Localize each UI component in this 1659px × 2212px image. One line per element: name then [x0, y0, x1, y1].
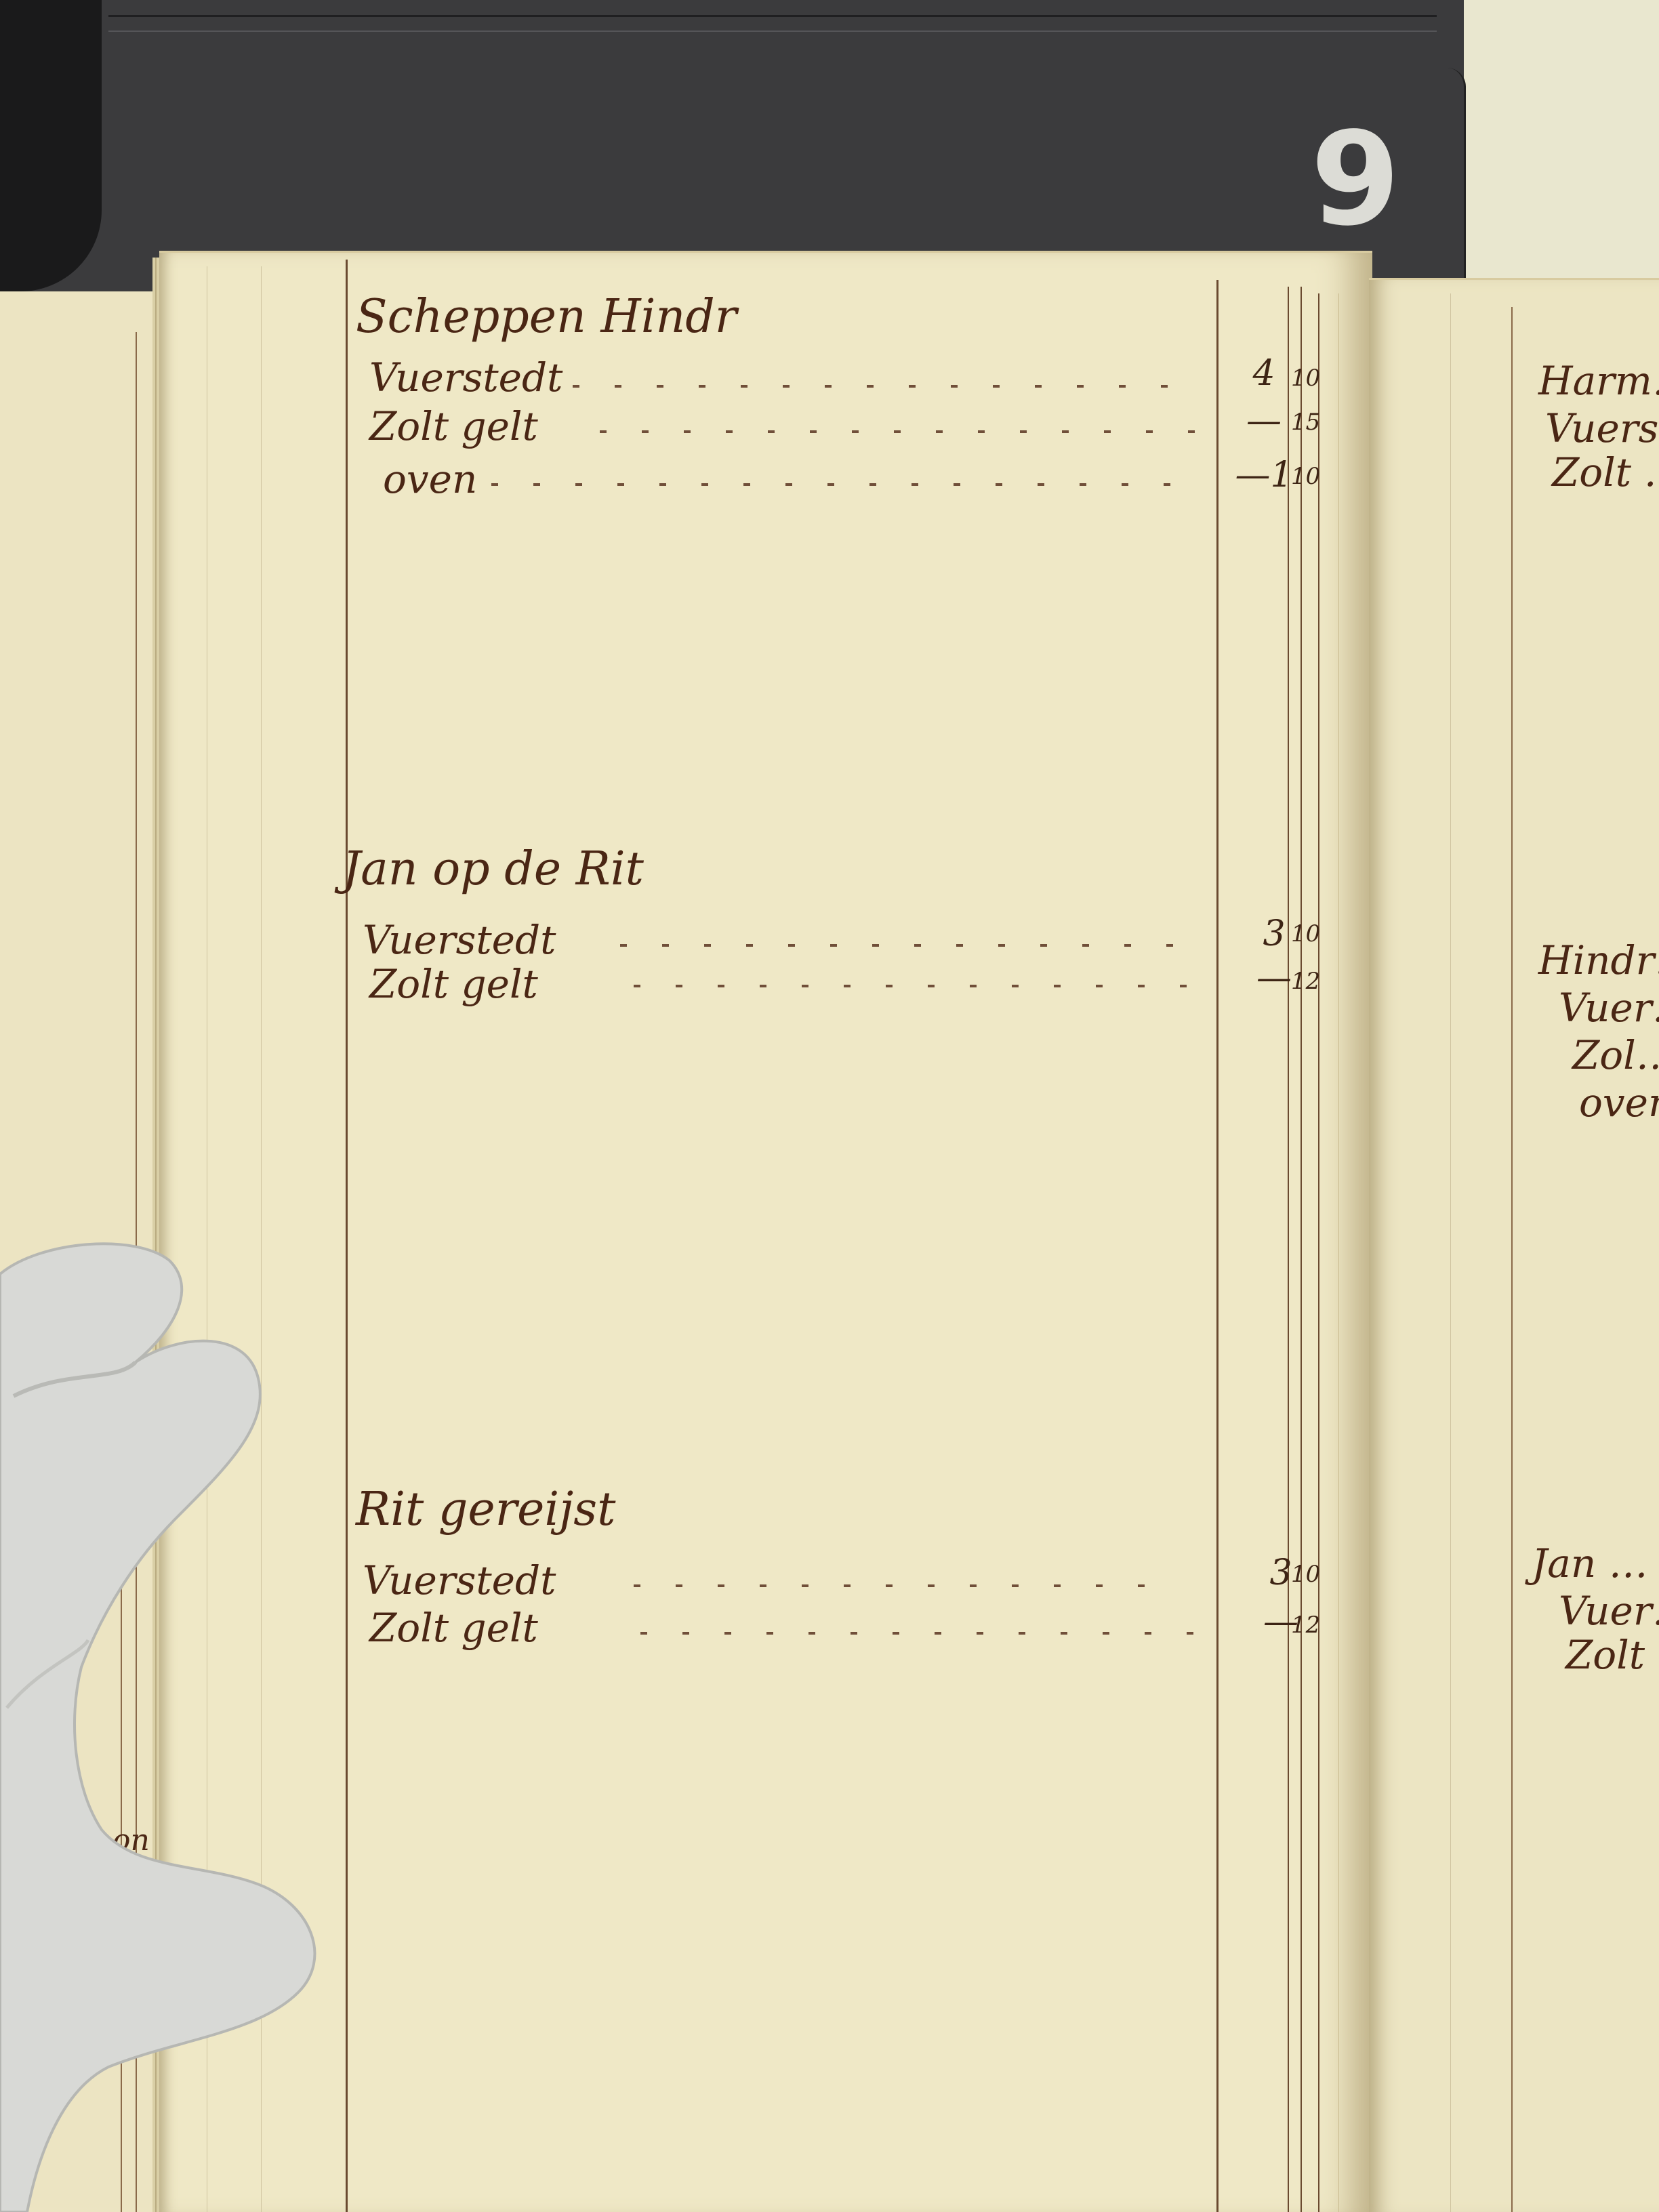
margin-rule	[1511, 307, 1513, 2212]
gloved-hand	[0, 1233, 325, 2212]
leader-dots	[620, 944, 1203, 947]
amount-stuivers: 15	[1291, 409, 1318, 436]
amount-column-rule	[1288, 287, 1289, 2212]
entry-heading-fragment: Jan …	[1532, 1540, 1648, 1586]
faint-rule	[1450, 293, 1451, 2212]
entry-line-label: Zolt gelt	[369, 1605, 538, 1651]
leader-dots	[573, 385, 1196, 388]
amount-stuivers: 12	[1291, 968, 1318, 995]
leader-dots	[640, 1632, 1196, 1635]
leader-dots	[634, 1584, 1176, 1587]
entry-heading-fragment: Harm…	[1538, 358, 1659, 404]
amount-stuivers: 10	[1291, 920, 1318, 947]
entry-line-fragment: Vuer…	[1559, 985, 1659, 1031]
amount-stuivers: 12	[1291, 1612, 1318, 1639]
amount-guilders: 4	[1233, 353, 1294, 394]
amount-column-rule	[1216, 280, 1218, 2212]
entry-line-fragment: Zol…	[1572, 1032, 1659, 1078]
amount-guilders: —1	[1233, 455, 1294, 495]
folder-tab-number: 9	[1308, 115, 1403, 244]
leader-dots	[634, 985, 1203, 987]
shadow	[0, 0, 102, 291]
leader-dots	[600, 430, 1196, 433]
next-page: Harm… Vuerst… Zolt … Hindr… Vuer… Zol… o…	[1369, 278, 1659, 2212]
entry-line-label: Vuerstedt	[363, 1557, 556, 1603]
entry-line-fragment: Vuer…	[1559, 1588, 1659, 1634]
entry-line-label: oven	[383, 456, 477, 502]
amount-stuivers: 10	[1291, 1561, 1318, 1588]
amount-column-rule	[1300, 287, 1302, 2212]
amount-column-rule	[1318, 293, 1319, 2212]
entry-heading: Scheppen Hindr	[356, 290, 737, 344]
margin-rule	[346, 260, 348, 2212]
amount-stuivers: 10	[1291, 463, 1318, 490]
entry-line-fragment: Vuerst…	[1545, 405, 1659, 451]
entry-heading: Jan op de Rit	[342, 842, 644, 896]
entry-line-label: Zolt gelt	[369, 403, 538, 449]
entry-line-fragment: Zolt …	[1565, 1632, 1659, 1678]
entry-line-label: Zolt gelt	[369, 961, 538, 1007]
entry-line-fragment: oven	[1579, 1080, 1659, 1126]
leader-dots	[491, 483, 1196, 486]
entry-heading-fragment: Hindr…	[1538, 937, 1659, 983]
entry-line-label: Vuerstedt	[369, 354, 562, 401]
entry-line-label: Vuerstedt	[363, 917, 556, 963]
entry-heading: Rit gereijst	[356, 1483, 615, 1536]
amount-stuivers: 10	[1291, 365, 1318, 392]
amount-guilders: —	[1233, 401, 1294, 441]
folder-ridge	[108, 15, 1437, 32]
entry-line-fragment: Zolt …	[1552, 449, 1659, 495]
ledger-page: Scheppen Hindr Vuerstedt 4 10 Zolt gelt …	[159, 251, 1372, 2212]
faint-rule	[1338, 293, 1339, 2212]
